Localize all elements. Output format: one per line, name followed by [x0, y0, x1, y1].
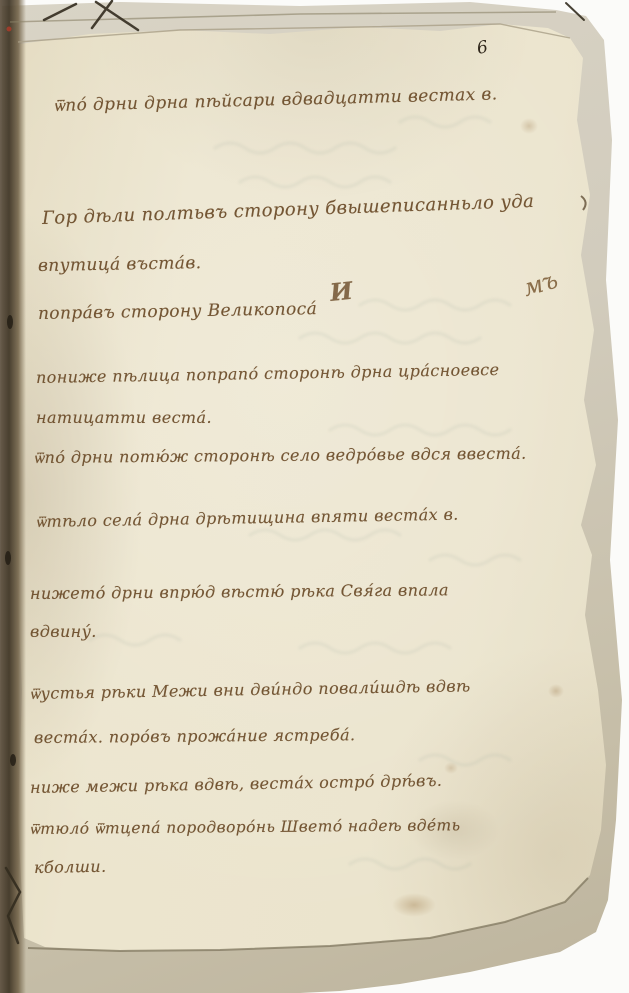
- stitch-knots: [5, 315, 16, 766]
- manuscript-photo: ѿпо́ дрни дрна пѣйсари вдвадцатти вестах…: [0, 0, 629, 993]
- manuscript-line: впутица́ въста́в.: [38, 253, 202, 276]
- sewing-threads: [6, 1, 584, 943]
- red-ink-speck: [7, 27, 12, 32]
- manuscript-line: ѿтюло́ ѿтцепа́ породворо́нь Швето́ надеѣ…: [30, 816, 461, 839]
- manuscript-line: вдвину́.: [30, 622, 97, 641]
- manuscript-line: натицатти веста́.: [36, 408, 212, 427]
- manuscript-line: кболши.: [34, 857, 107, 877]
- top-page-edge-line: [18, 24, 570, 42]
- top-edge-crease: [10, 12, 556, 22]
- manuscript-line: ѿпо́ дрни потю́ж сторонѣ село ведро́вье …: [34, 444, 527, 468]
- manuscript-line: веста́х. поро́въ прожа́ние ястреба́.: [34, 725, 356, 747]
- manuscript-line: нижето́ дрни впрю́д вѣстю́ рѣка Свя́га в…: [30, 580, 449, 603]
- binding-details: [0, 0, 629, 993]
- bottom-page-edge-line: [28, 878, 588, 951]
- edge-ink-curl: [581, 196, 586, 210]
- manuscript-flourish: И: [328, 276, 354, 307]
